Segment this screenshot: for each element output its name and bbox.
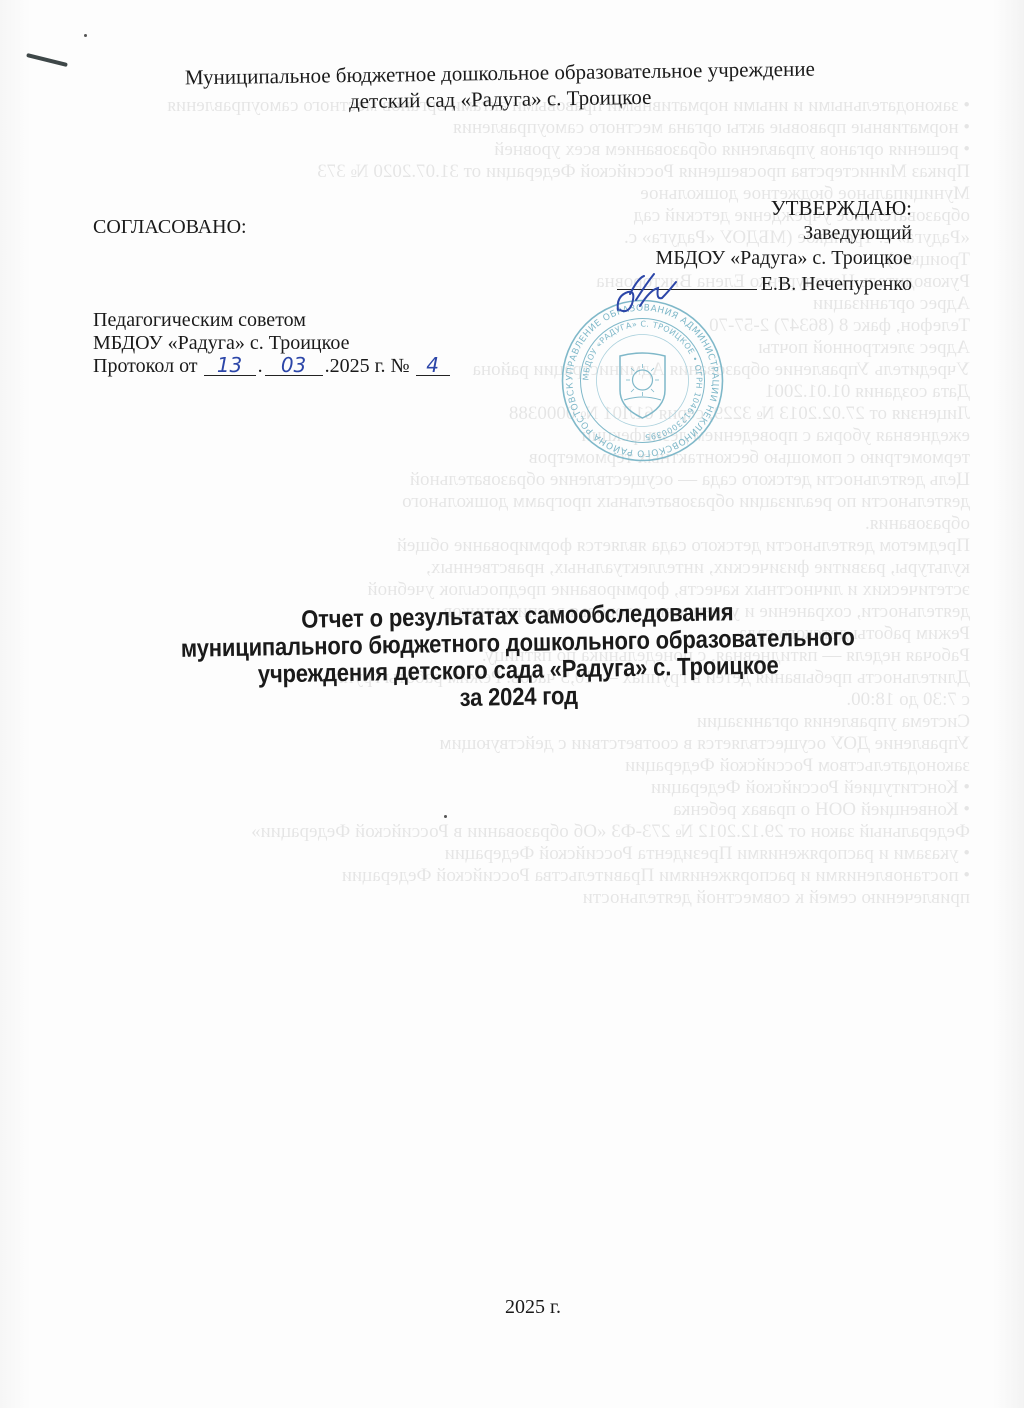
approve-signatory: Е.В. Нечепуренко <box>761 272 912 297</box>
scan-speck <box>84 34 87 37</box>
organization-header: Муниципальное бюджетное дошкольное образ… <box>100 54 901 117</box>
agreed-title: СОГЛАСОВАНО: <box>93 216 452 239</box>
protocol-line: Протокол от 13 . 03 .2025 г. № 4 <box>93 355 452 378</box>
protocol-month-field: 03 <box>265 355 323 376</box>
approve-title: УТВЕРЖДАЮ: <box>617 196 912 221</box>
protocol-number-field: 4 <box>416 355 450 376</box>
scanned-page: • законодательными и иными нормативными … <box>0 0 1024 1408</box>
agreed-body-line1: Педагогическим советом <box>93 309 452 332</box>
agreed-body-line2: МБДОУ «Радуга» с. Троицкое <box>93 332 452 355</box>
protocol-dot: . <box>258 355 263 378</box>
scan-mark <box>26 53 68 67</box>
handwritten-signature-icon <box>610 270 680 320</box>
svg-text:МБДОУ «РАДУГА» С. ТРОИЦКОЕ • О: МБДОУ «РАДУГА» С. ТРОИЦКОЕ • ОГРН 104612… <box>581 319 703 441</box>
agreed-block: СОГЛАСОВАНО: Педагогическим советом МБДО… <box>93 216 452 378</box>
official-stamp-icon: УПРАВЛЕНИЕ ОБРАЗОВАНИЯ АДМИНИСТРАЦИИ НЕК… <box>560 298 725 463</box>
scan-speck <box>444 815 447 818</box>
protocol-day-field: 13 <box>204 355 256 376</box>
approve-organization: МБДОУ «Радуга» с. Троицкое <box>617 246 912 271</box>
approve-position: Заведующий <box>617 221 912 246</box>
footer-year: 2025 г. <box>505 1296 561 1319</box>
protocol-prefix: Протокол от <box>93 355 198 378</box>
protocol-year-text: .2025 г. № <box>325 355 410 378</box>
report-title: Отчет о результатах самообследования мун… <box>165 597 871 717</box>
